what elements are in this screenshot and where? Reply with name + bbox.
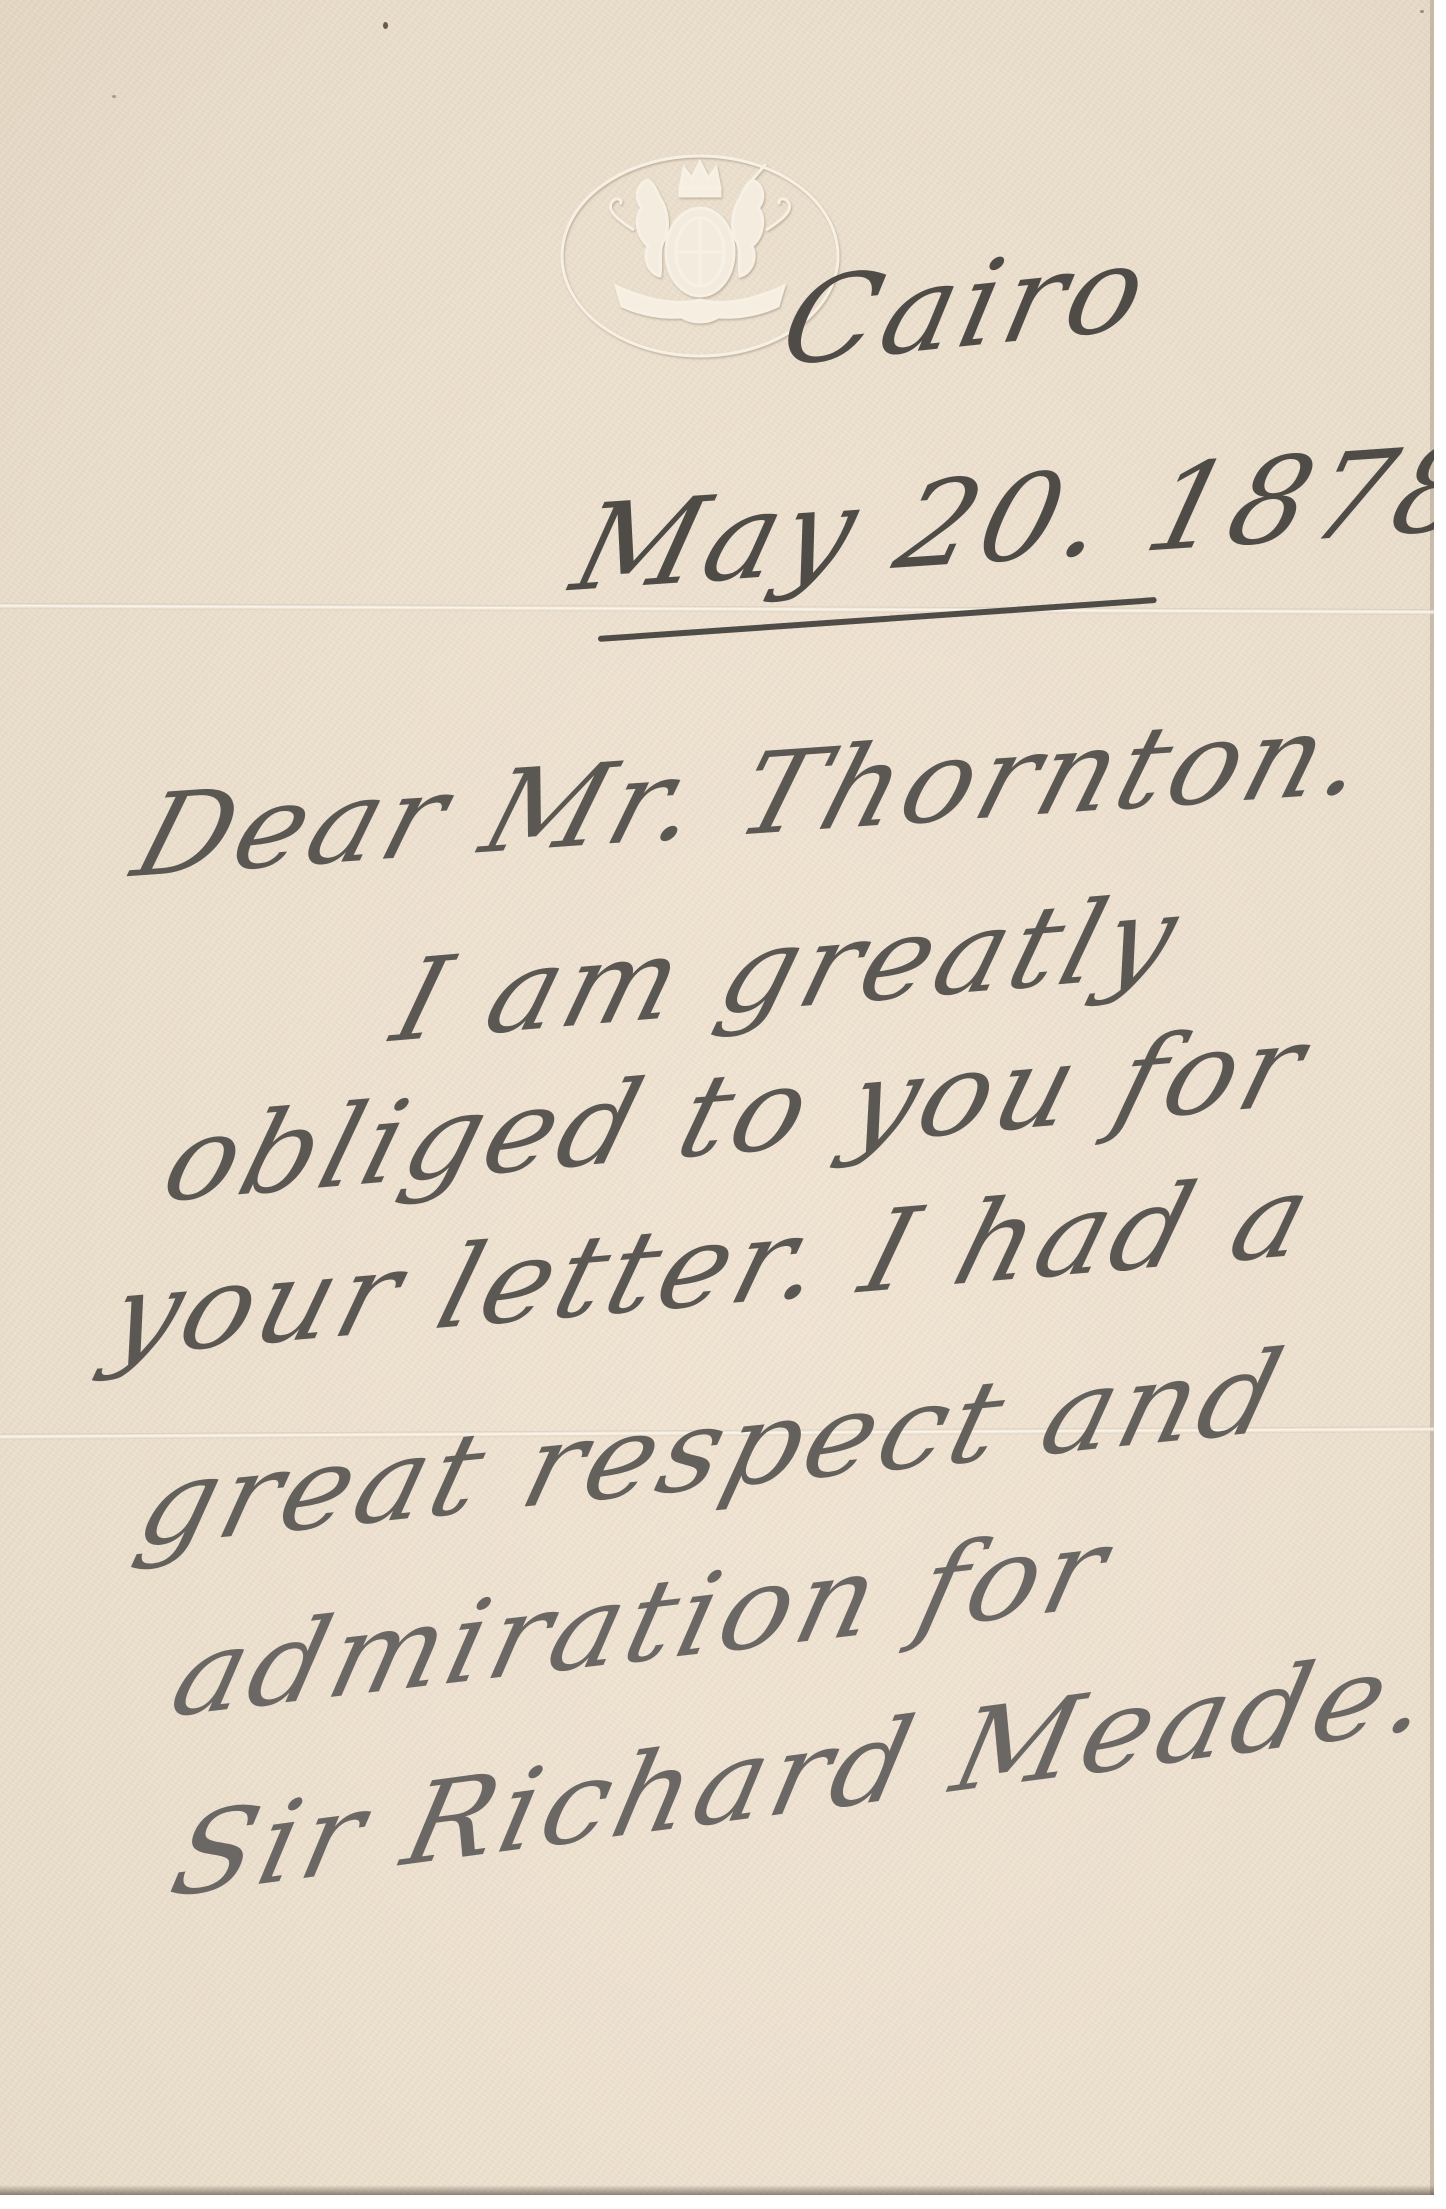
letter-page: Cairo May 20. 1878 Dear Mr. Thornton. I … (0, 0, 1434, 2195)
letter-date: May 20. 1878 (560, 419, 1434, 619)
ink-spot (112, 95, 116, 98)
letter-salutation: Dear Mr. Thornton. (120, 687, 1388, 904)
ink-spot (383, 22, 388, 29)
paper-bottom-shadow (0, 2185, 1434, 2195)
ink-spot (1420, 10, 1424, 13)
paper-right-edge (1430, 0, 1434, 2195)
